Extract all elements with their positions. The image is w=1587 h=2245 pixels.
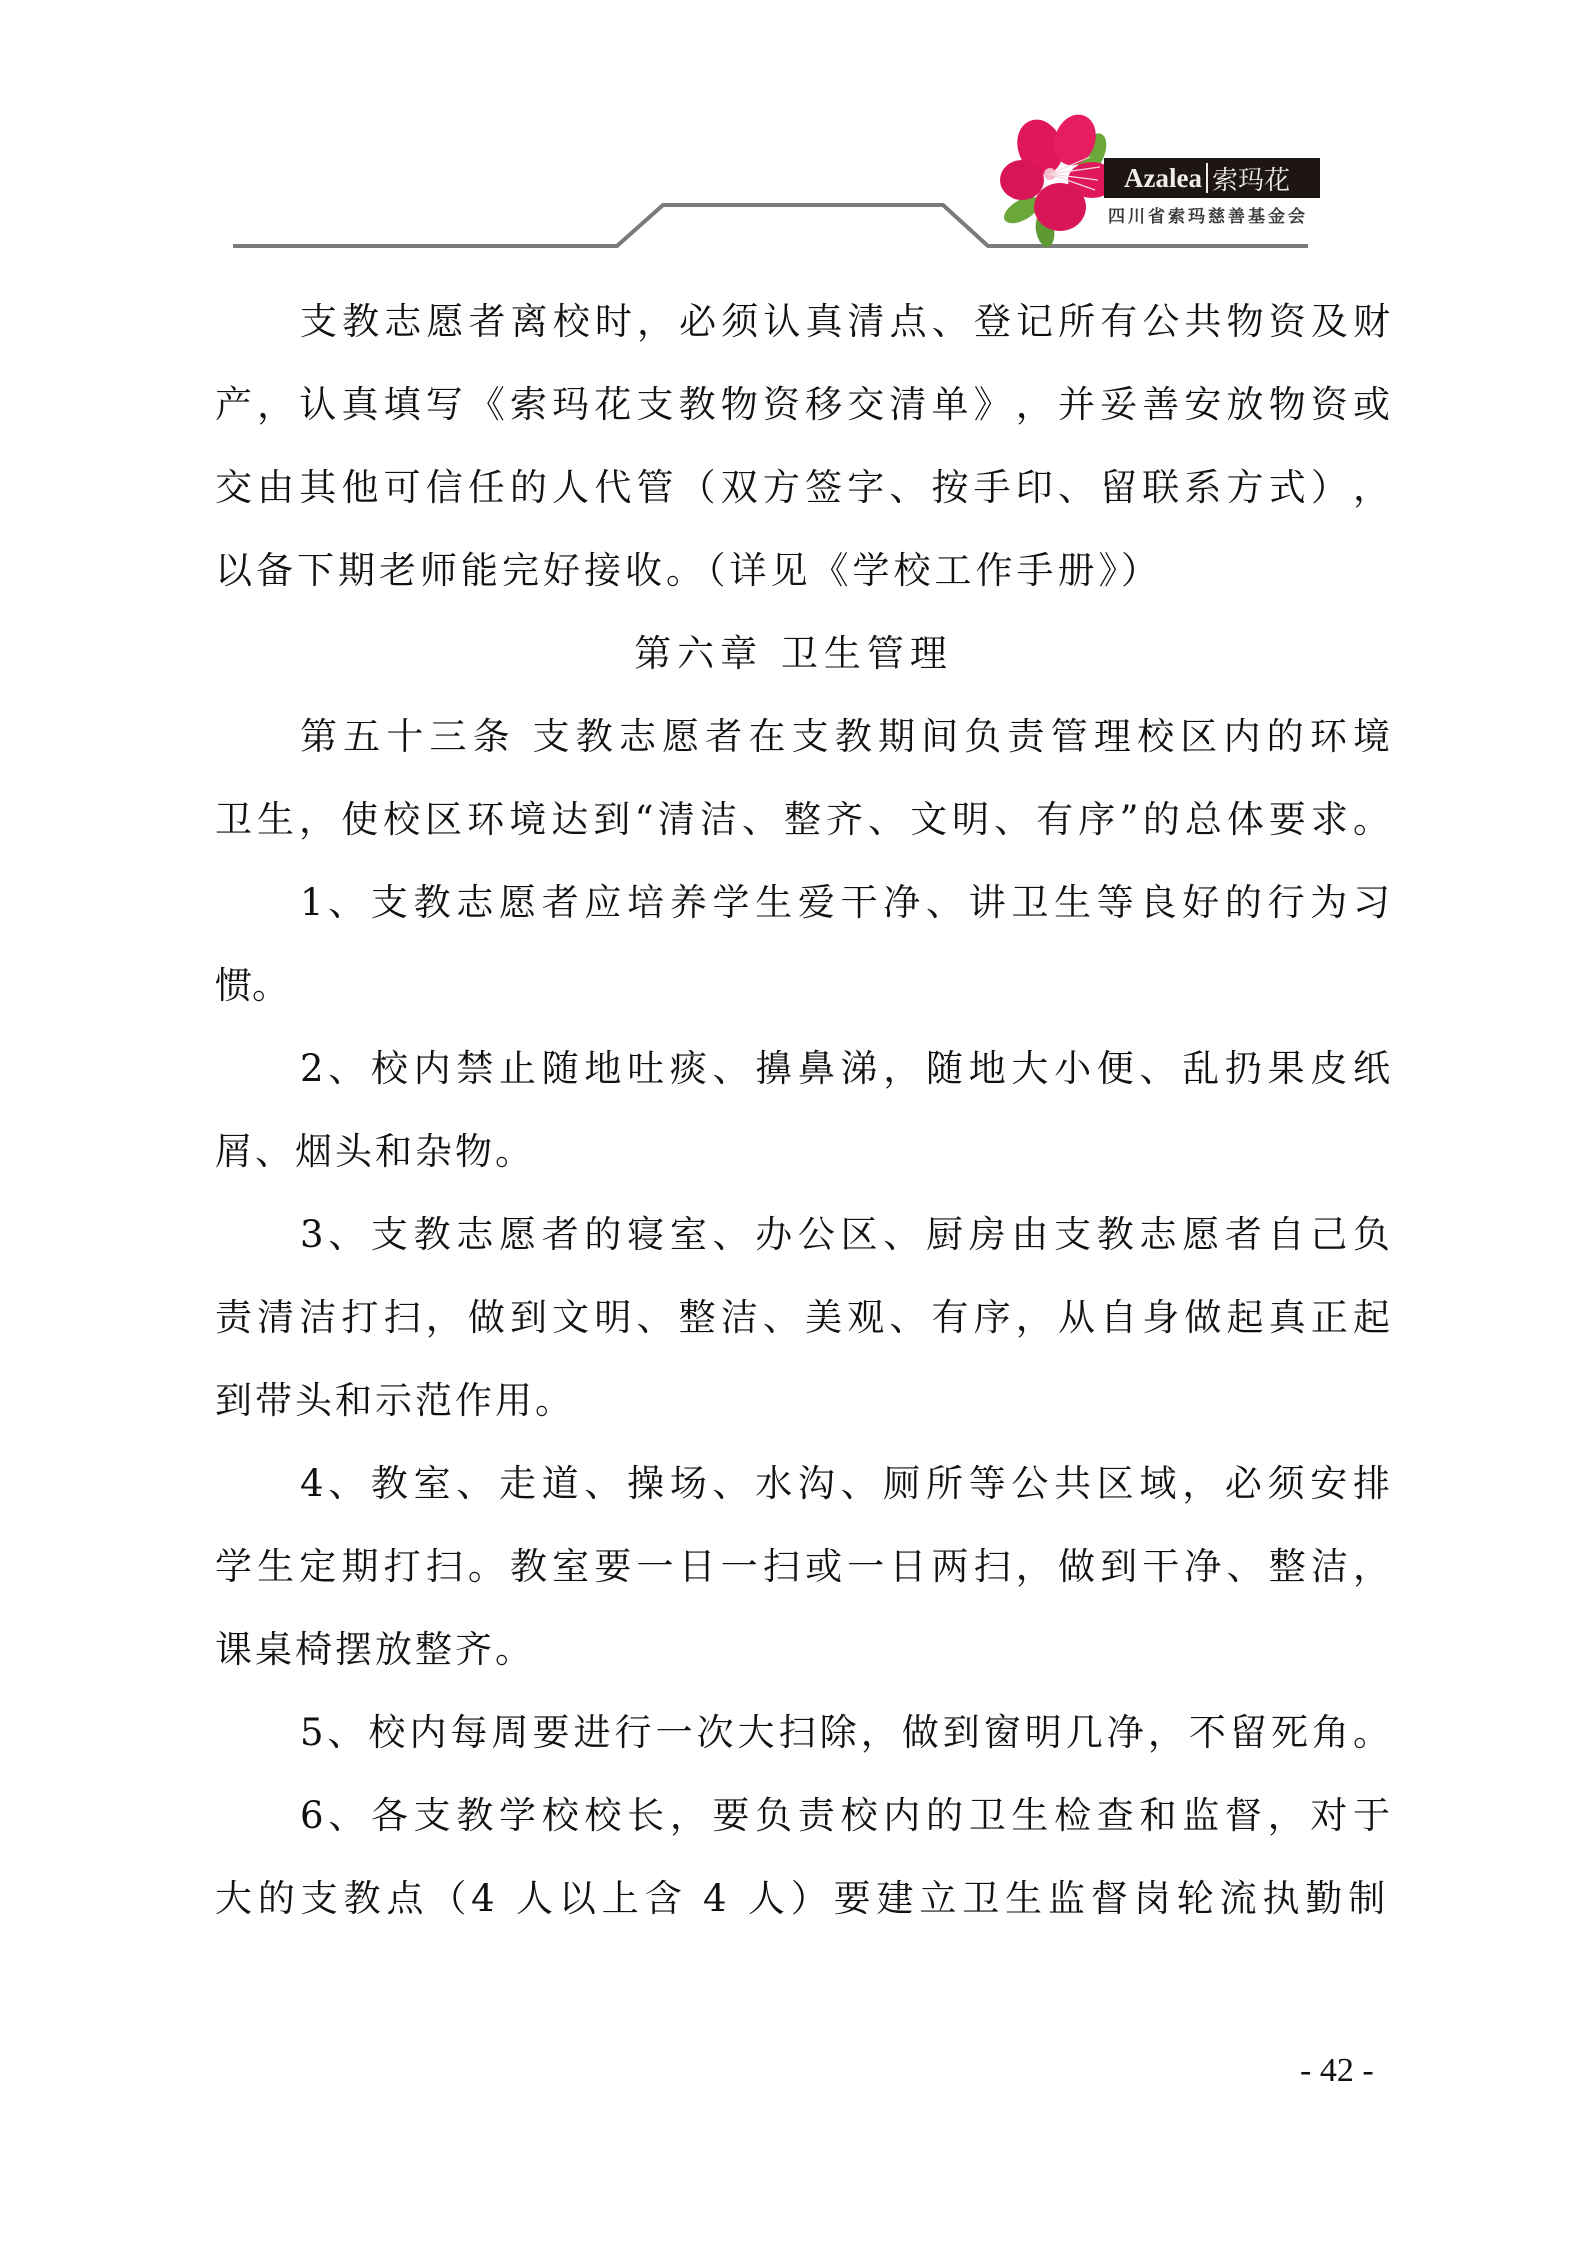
paragraph-line: 交 由 其 他 可 信 任 的 人 代 管 （ 双 方 签 字 、 按 手 印 … [215,464,1390,512]
page-number: - 42 - [1300,2052,1374,2090]
list-item-line: 大 的 支 教 点 （ 4 人 以 上 含 4 人 ） 要 建 立 卫 生 监 … [215,1875,1390,1923]
list-item-line: 4 、 教 室 、 走 道 、 操 场 、 水 沟 、 厕 所 等 公 共 区 … [300,1460,1390,1508]
azalea-flower-icon [1000,112,1120,247]
list-item-line: 责 清 洁 打 扫 ， 做 到 文 明 、 整 洁 、 美 观 、 有 序 ， … [215,1294,1390,1342]
logo-subtitle: 四川省索玛慈善基金会 [1108,202,1308,227]
logo-brand-band: Azalea 索玛花 [1104,158,1320,198]
chapter-title: 第六章 卫生管理 [0,630,1587,678]
list-item-line: 学 生 定 期 打 扫 。 教 室 要 一 日 一 扫 或 一 日 两 扫 ， … [215,1543,1390,1591]
list-item-line: 2 、 校 内 禁 止 随 地 吐 痰 、 擤 鼻 涕 ， 随 地 大 小 便 … [300,1045,1390,1093]
list-item-line: 屑、烟头和杂物。 [215,1128,1390,1176]
article-line: 卫 生 ， 使 校 区 环 境 达 到 “ 清 洁 、 整 齐 、 文 明 、 … [215,796,1390,844]
paragraph-line: 支 教 志 愿 者 离 校 时 ， 必 须 认 真 清 点 、 登 记 所 有 … [300,298,1390,346]
list-item-line: 3 、 支 教 志 愿 者 的 寝 室 、 办 公 区 、 厨 房 由 支 教 … [300,1211,1390,1259]
logo-separator [1206,163,1208,193]
list-item-line: 课桌椅摆放整齐。 [215,1626,1390,1674]
foundation-logo: Azalea 索玛花 四川省索玛慈善基金会 [1000,112,1330,247]
logo-brand-cn: 索玛花 [1212,160,1290,197]
logo-brand-en: Azalea [1124,163,1202,194]
list-item-line: 1 、 支 教 志 愿 者 应 培 养 学 生 爱 干 净 、 讲 卫 生 等 … [300,879,1390,927]
paragraph-line: 以备下期老师能完好接收。（详见《学校工作手册》） [215,547,1390,595]
list-item-line: 惯。 [215,962,1390,1010]
list-item-line: 6 、 各 支 教 学 校 校 长 ， 要 负 责 校 内 的 卫 生 检 查 … [300,1792,1390,1840]
list-item-line: 5 、 校 内 每 周 要 进 行 一 次 大 扫 除 ， 做 到 窗 明 几 … [300,1709,1390,1757]
paragraph-line: 产 ， 认 真 填 写 《 索 玛 花 支 教 物 资 移 交 清 单 》 ， … [215,381,1390,429]
header-rule-line [0,0,1587,260]
article-line: 第 五 十 三 条 支 教 志 愿 者 在 支 教 期 间 负 责 管 理 校 … [300,713,1390,761]
list-item-line: 到带头和示范作用。 [215,1377,1390,1425]
